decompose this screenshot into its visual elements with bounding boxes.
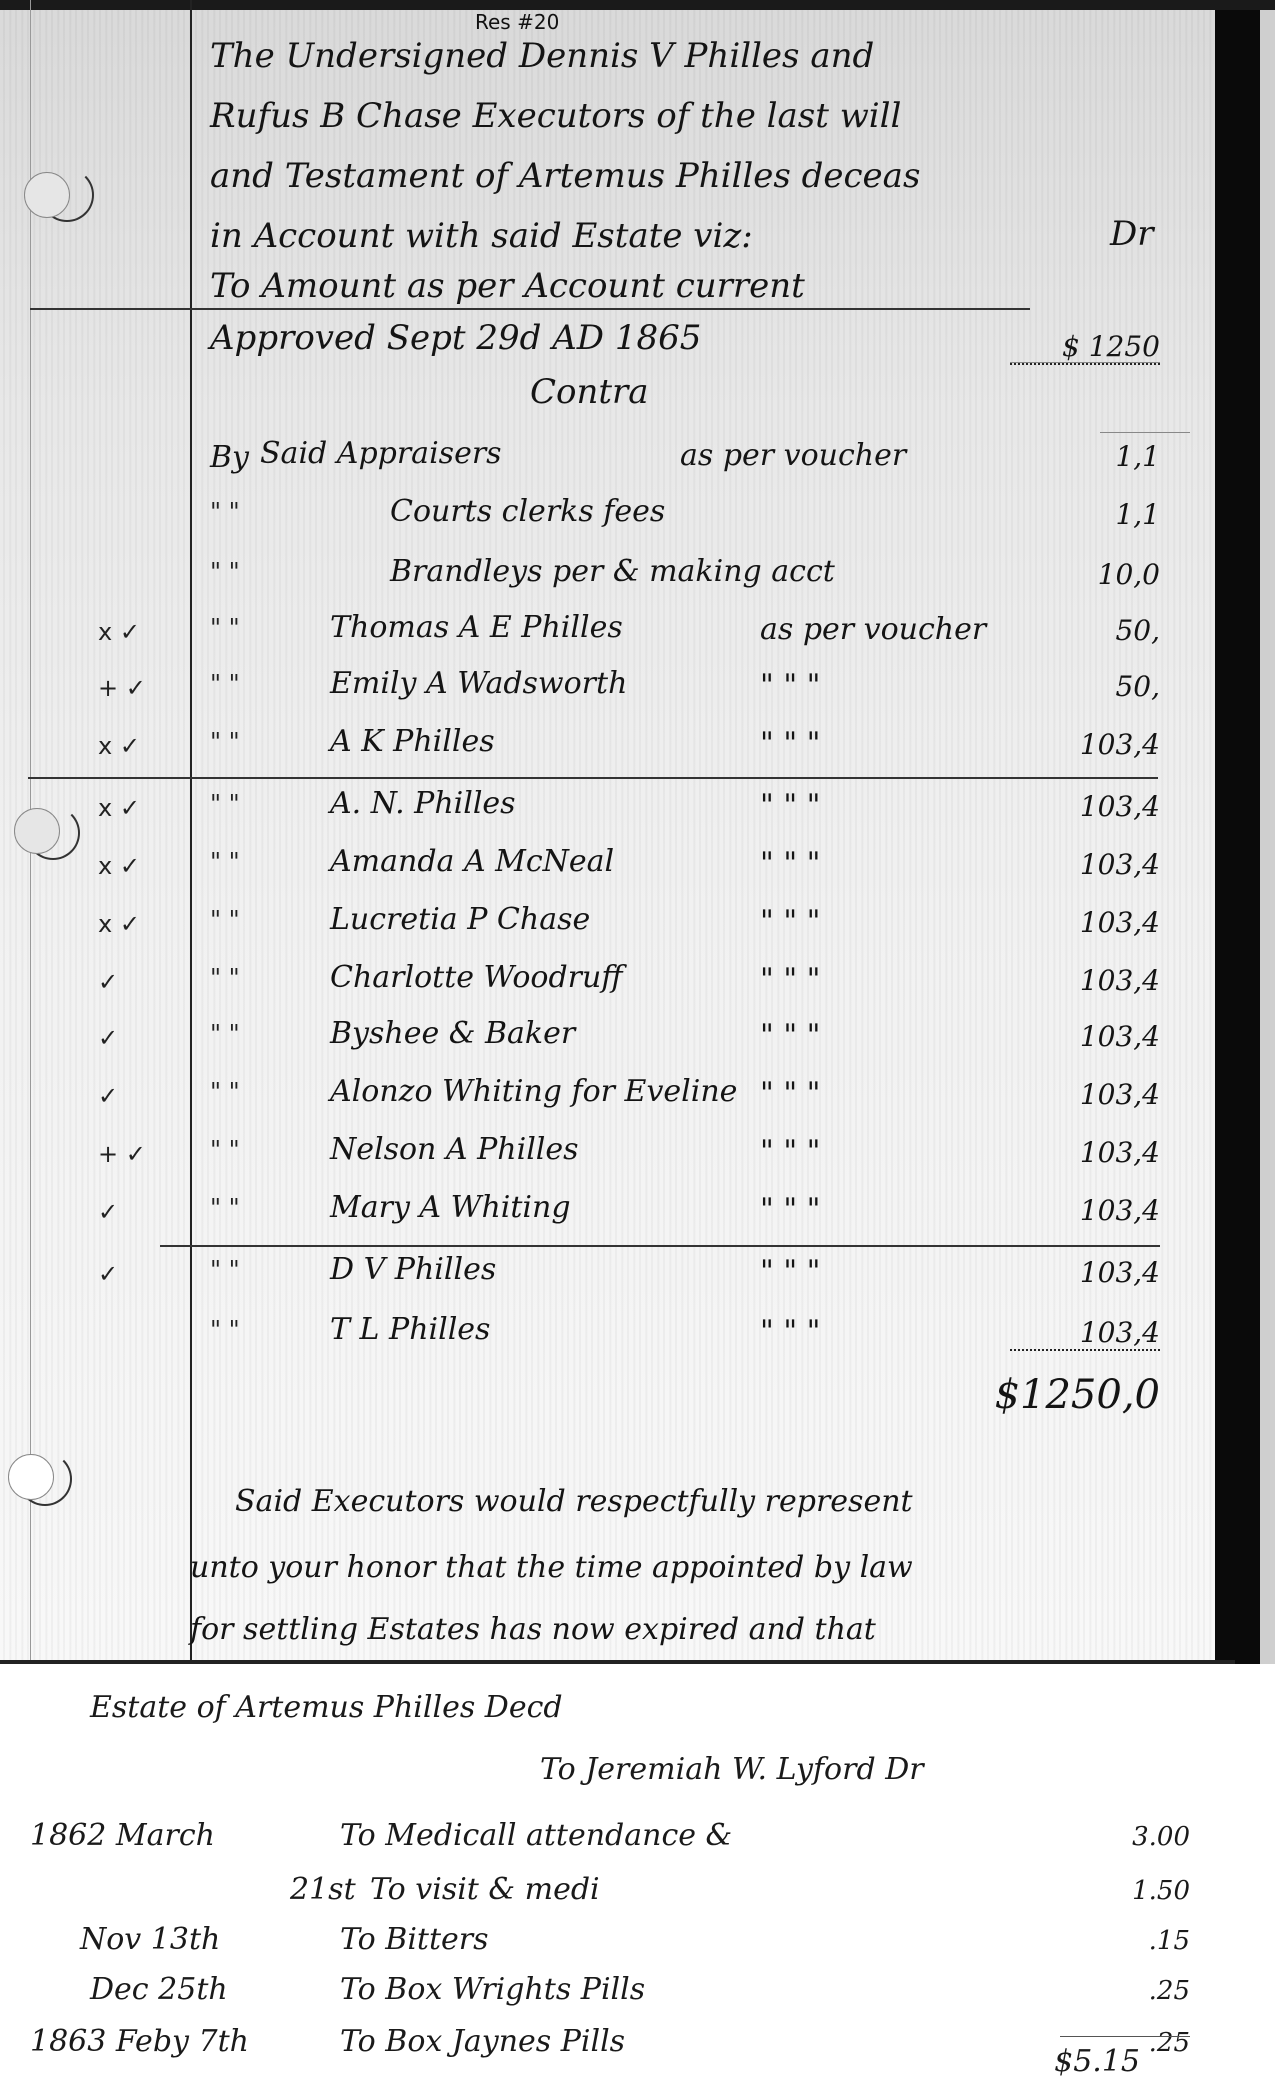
ruled-line (30, 308, 1030, 310)
audit-checkmark-icon: x ✓ (98, 732, 140, 760)
heading-line-1: The Undersigned Dennis V Philles and (210, 36, 874, 76)
audit-checkmark-icon: ✓ (98, 1082, 118, 1110)
audit-checkmark-icon: + ✓ (98, 1140, 146, 1168)
dr-label: Dr (1110, 214, 1154, 254)
credit-note: " " " (760, 962, 820, 997)
credit-payee: A. N. Philles (330, 786, 516, 821)
credit-amount: 103,4 (1010, 1256, 1160, 1289)
credit-payee: Courts clerks fees (390, 494, 665, 529)
credit-payee: A K Philles (330, 724, 495, 759)
credit-amount: 103,4 (1010, 790, 1160, 823)
credit-amount: 103,4 (1010, 1136, 1160, 1169)
reference-mark: Res #20 (475, 10, 559, 34)
credit-amount: 50, (1010, 614, 1160, 647)
audit-checkmark-icon: x ✓ (98, 910, 140, 938)
audit-checkmark-icon: ✓ (98, 1024, 118, 1052)
contra-heading: Contra (530, 372, 649, 412)
credit-payee: Emily A Wadsworth (330, 666, 627, 701)
credit-note: as per voucher (760, 612, 986, 647)
credit-note: " " " (760, 1076, 820, 1111)
credit-prefix: " " (210, 498, 240, 526)
ruled-line (160, 1245, 1160, 1247)
bill-entry-date: Nov 13th (80, 1922, 220, 1957)
credit-prefix: " " (210, 614, 240, 642)
credit-amount: 103,4 (1010, 728, 1160, 761)
credit-prefix: " " (210, 1136, 240, 1164)
credit-note: as per voucher (680, 438, 906, 473)
audit-checkmark-icon: ✓ (98, 1198, 118, 1226)
credit-prefix: " " (210, 1316, 240, 1344)
punch-hole-icon (24, 172, 70, 218)
audit-checkmark-icon: + ✓ (98, 674, 146, 702)
lower-title: Estate of Artemus Philles Decd (90, 1690, 563, 1725)
debit-amount: $ 1250 (1010, 330, 1160, 365)
credit-amount: 103,4 (1010, 848, 1160, 881)
credit-payee: Mary A Whiting (330, 1190, 571, 1225)
audit-checkmark-icon: x ✓ (98, 794, 140, 822)
bill-entry-date: 1862 March (30, 1818, 215, 1853)
credit-amount: 103,4 (1010, 906, 1160, 939)
bill-entry-description: To Box Wrights Pills (340, 1972, 645, 2007)
credit-prefix: " " (210, 1078, 240, 1106)
ledger-margin-line (190, 0, 192, 1662)
credit-payee: Nelson A Philles (330, 1132, 579, 1167)
credit-prefix: By (210, 440, 249, 475)
ruled-line (1100, 432, 1190, 433)
credit-note: " " " (760, 1018, 820, 1053)
ruled-line (28, 777, 1158, 779)
credit-prefix: " " (210, 964, 240, 992)
punch-hole-icon (14, 808, 60, 854)
credit-payee: Thomas A E Philles (330, 610, 623, 645)
credit-payee: Brandleys per & making acct (390, 554, 835, 589)
debit-line-2: Approved Sept 29d AD 1865 (210, 318, 701, 358)
total-rule (1060, 2036, 1190, 2037)
bill-total: $5.15 (1020, 2044, 1140, 2079)
credit-note: " " " (760, 1192, 820, 1227)
heading-line-2: Rufus B Chase Executors of the last will (210, 96, 901, 136)
audit-checkmark-icon: x ✓ (98, 618, 140, 646)
credit-note: " " " (760, 1314, 820, 1349)
credit-payee: Charlotte Woodruff (330, 960, 623, 995)
credit-prefix: " " (210, 1020, 240, 1048)
credit-prefix: " " (210, 728, 240, 756)
lower-creditor: To Jeremiah W. Lyford Dr (540, 1752, 924, 1787)
credit-prefix: " " (210, 1194, 240, 1222)
audit-checkmark-icon: ✓ (98, 1260, 118, 1288)
credit-payee: Lucretia P Chase (330, 902, 590, 937)
bill-entry-description: To Box Jaynes Pills (340, 2024, 625, 2059)
bill-entry-amount: .25 (1070, 1976, 1190, 2006)
credit-amount: 103,4 (1010, 1078, 1160, 1111)
credit-payee: Said Appraisers (260, 436, 502, 471)
debit-line-1: To Amount as per Account current (210, 266, 805, 306)
bill-entry-description: To Medicall attendance & (340, 1818, 732, 1853)
credit-note: " " " (760, 1134, 820, 1169)
petition-line-1: Said Executors would respectfully repres… (235, 1484, 913, 1519)
bill-entry-date: Dec 25th (90, 1972, 228, 2007)
credit-amount: 1,1 (1010, 440, 1160, 473)
petition-line-2: unto your honor that the time appointed … (190, 1550, 913, 1585)
audit-checkmark-icon: x ✓ (98, 852, 140, 880)
bill-entry-date: 21st (290, 1872, 356, 1907)
credit-note: " " " (760, 1254, 820, 1289)
credit-amount: 103,4 (1010, 1194, 1160, 1227)
audit-checkmark-icon: ✓ (98, 968, 118, 996)
credit-prefix: " " (210, 790, 240, 818)
scan-right-strip (1260, 10, 1275, 1670)
credit-amount: 103,4 (1010, 1316, 1160, 1351)
bill-entry-description: To Bitters (340, 1922, 489, 1957)
credit-note: " " " (760, 726, 820, 761)
credit-prefix: " " (210, 1256, 240, 1284)
credit-note: " " " (760, 904, 820, 939)
credit-prefix: " " (210, 848, 240, 876)
punch-hole-icon (8, 1454, 54, 1500)
credit-payee: T L Philles (330, 1312, 490, 1347)
credit-amount: 103,4 (1010, 964, 1160, 997)
heading-line-4: in Account with said Estate viz: (210, 216, 753, 256)
credit-amount: 10,0 (1010, 558, 1160, 591)
bill-entry-amount: 1.50 (1070, 1876, 1190, 1906)
credit-payee: Alonzo Whiting for Eveline (330, 1074, 737, 1109)
credit-payee: Byshee & Baker (330, 1016, 575, 1051)
credit-amount: 50, (1010, 670, 1160, 703)
scan-right-border (1215, 10, 1260, 1670)
bill-entry-amount: .15 (1070, 1926, 1190, 1956)
credit-note: " " " (760, 788, 820, 823)
credit-payee: D V Philles (330, 1252, 496, 1287)
petition-line-3: for settling Estates has now expired and… (190, 1612, 876, 1647)
bill-entry-date: 1863 Feby 7th (30, 2024, 249, 2059)
credit-note: " " " (760, 846, 820, 881)
credit-prefix: " " (210, 558, 240, 586)
heading-line-3: and Testament of Artemus Philles deceas (210, 156, 920, 196)
credit-note: " " " (760, 668, 820, 703)
credit-amount: 103,4 (1010, 1020, 1160, 1053)
credit-prefix: " " (210, 906, 240, 934)
credit-prefix: " " (210, 670, 240, 698)
bill-entry-amount: 3.00 (1070, 1822, 1190, 1852)
credit-payee: Amanda A McNeal (330, 844, 614, 879)
bill-entry-description: To visit & medi (370, 1872, 600, 1907)
credit-total: $1250,0 (970, 1372, 1160, 1418)
credit-amount: 1,1 (1010, 498, 1160, 531)
